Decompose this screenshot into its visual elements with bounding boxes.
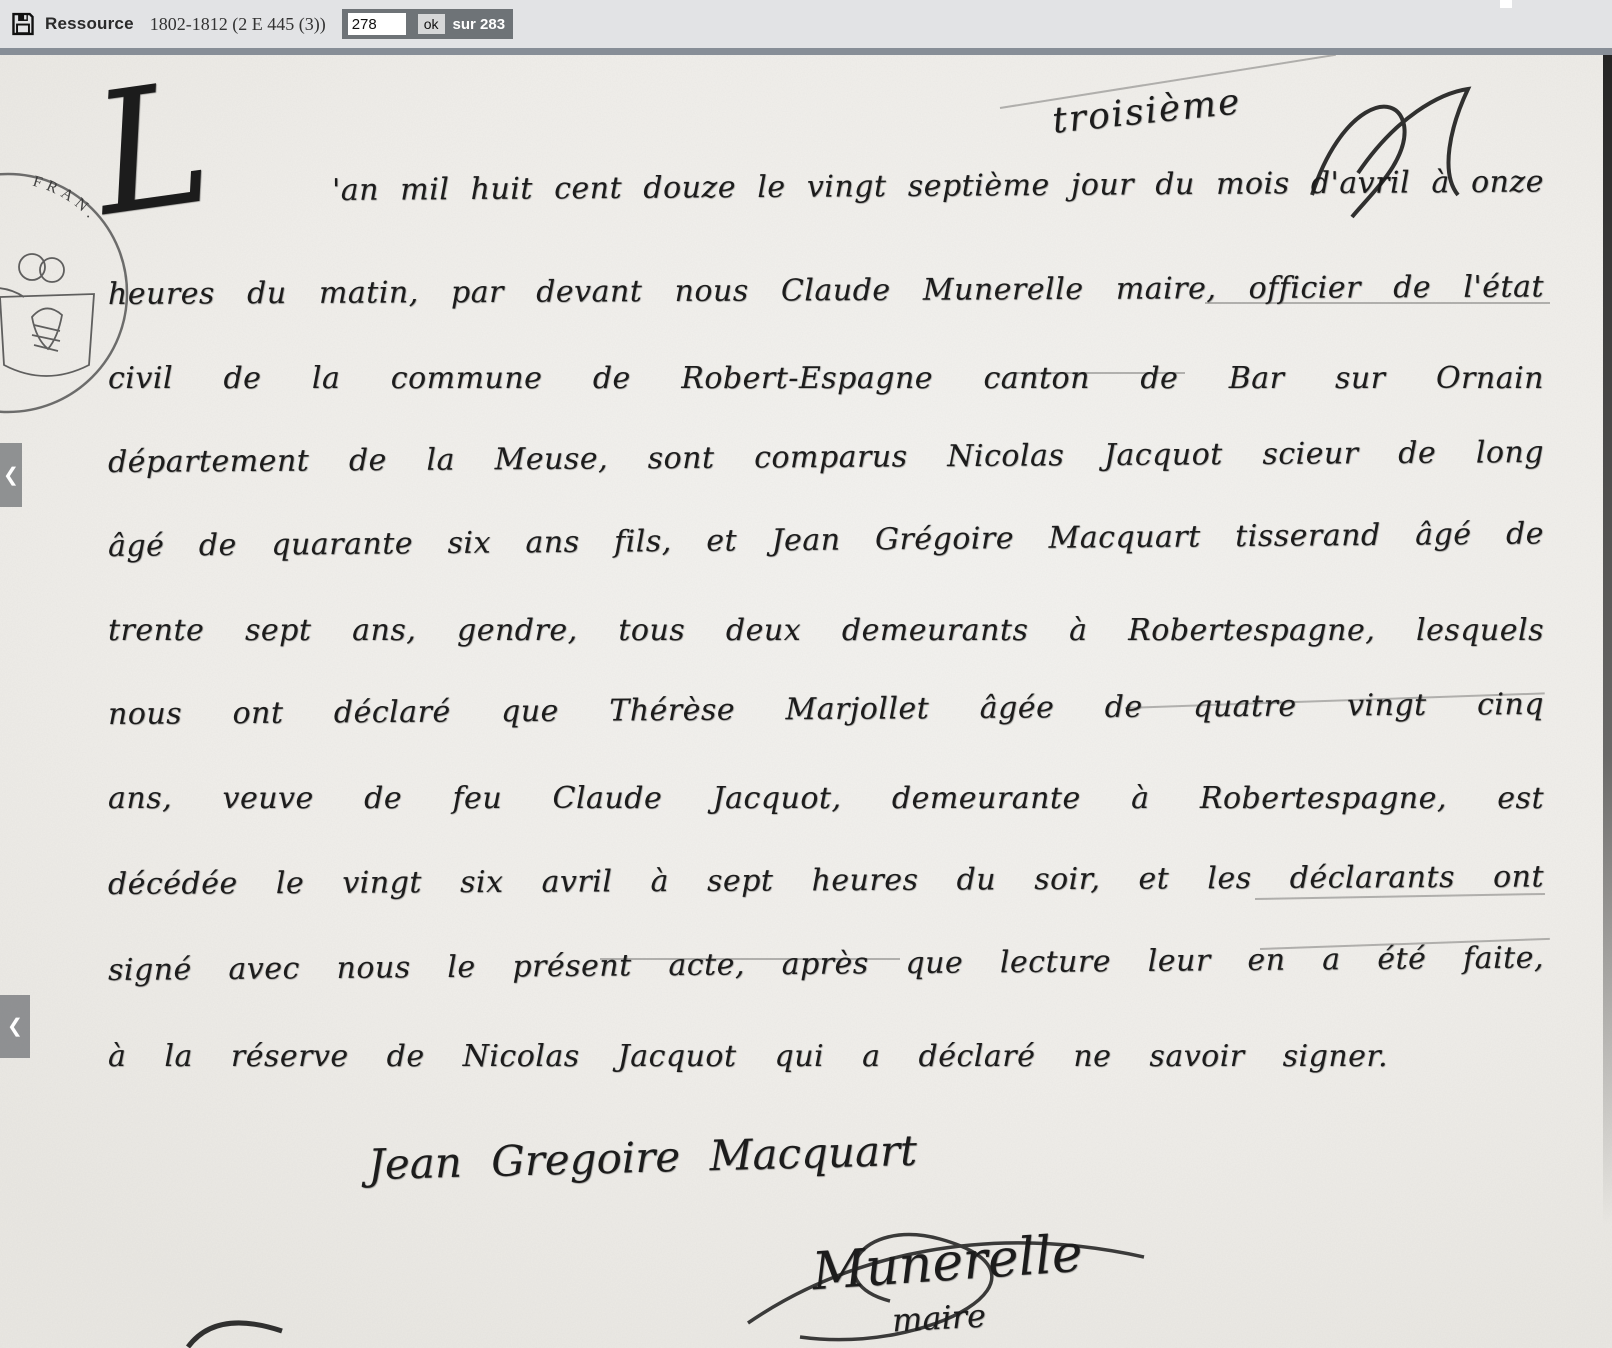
prev-page-button[interactable]: ❮: [0, 443, 22, 507]
page-total-label: sur 283: [453, 16, 506, 33]
act-line: heures du matin, par devant nous Claude …: [108, 269, 1544, 312]
toolbar-divider: [0, 48, 1612, 55]
act-line: décédée le vingt six avril à sept heures…: [108, 859, 1544, 902]
act-line: civil de la commune de Robert-Espagne ca…: [108, 361, 1544, 396]
act-heading: troisième: [1050, 81, 1243, 142]
act-line: ans, veuve de feu Claude Jacquot, demeur…: [108, 781, 1544, 816]
dropcap-letter: L: [85, 58, 219, 240]
pencil-mark: [600, 958, 900, 960]
page-navigator: ok sur 283: [342, 9, 513, 39]
signature-witness: Jean Gregoire Macquart: [367, 1126, 917, 1189]
signature-mayor-title: maire: [891, 1297, 987, 1340]
act-line: âgé de quarante six ans fils, et Jean Gr…: [108, 516, 1544, 564]
collection-label: 1802-1812 (2 E 445 (3)): [150, 14, 326, 35]
stamp-arc-text: FRAN.: [31, 173, 102, 225]
paraph-flourish: [1300, 77, 1490, 227]
svg-text:FRAN.: FRAN.: [31, 173, 102, 225]
chevron-left-icon: ❮: [3, 464, 19, 487]
act-line: à la réserve de Nicolas Jacquot qui a dé…: [108, 1039, 1388, 1074]
scan-edge: [1603, 55, 1612, 1225]
corner-notch: [1500, 0, 1512, 8]
floppy-disk-icon: [10, 11, 36, 37]
pencil-mark: [1205, 302, 1550, 304]
act-line: trente sept ans, gendre, tous deux demeu…: [108, 613, 1544, 648]
stamp-figure: [0, 254, 94, 405]
pencil-mark: [1015, 372, 1185, 374]
act-line: nous ont déclaré que Thérèse Marjollet â…: [108, 687, 1544, 732]
page-number-input[interactable]: [348, 13, 406, 35]
signature-fragment: [186, 1317, 286, 1348]
toolbar: Ressource 1802-1812 (2 E 445 (3)) ok sur…: [0, 0, 1612, 48]
ok-button[interactable]: ok: [418, 14, 445, 34]
prev-page-button[interactable]: ❮: [0, 995, 30, 1058]
act-line: département de la Meuse, sont comparus N…: [108, 435, 1544, 480]
chevron-left-icon: ❮: [7, 1015, 23, 1038]
document-viewer: FRAN. troisième L 'an mil huit cent douz…: [0, 55, 1612, 1348]
resource-title: Ressource: [45, 14, 134, 34]
